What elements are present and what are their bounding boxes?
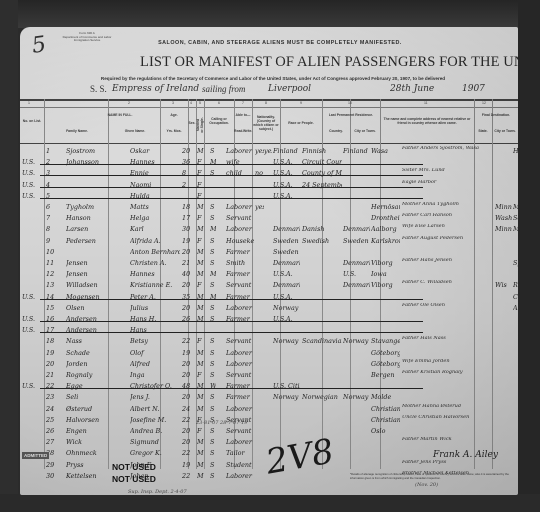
list-number: 3: [46, 169, 62, 177]
marital-status: S: [210, 259, 216, 267]
marital-status: S: [210, 315, 216, 323]
marital-status: S: [210, 147, 216, 155]
age: 40: [182, 270, 196, 278]
nationality: Norway: [273, 337, 300, 345]
passenger-row: U.S.3Ennie8FSchildnoU.S.A.County of Marq…: [20, 168, 518, 178]
sailing-label: sailing from: [202, 84, 245, 94]
family-name: Andersen: [66, 315, 128, 323]
not-used-label: NOT USED: [112, 474, 156, 484]
occupation: Laborer: [226, 472, 254, 480]
sex: F: [197, 237, 207, 245]
ship-prefix: S. S.: [90, 84, 107, 94]
given-name: Betsy: [130, 337, 180, 345]
family-name: Jensen: [66, 270, 128, 278]
family-name: Willadsen: [66, 281, 128, 289]
residence-country: Denmark: [343, 225, 370, 233]
nearest-relative: Father Ole Olsen: [402, 303, 494, 308]
age: 20: [182, 360, 196, 368]
residence-city: Karlskrona: [371, 237, 400, 245]
age: 24: [182, 405, 196, 413]
dest-city: Chicago: [513, 293, 518, 301]
passenger-row: 10Anton Bernhard20MSFarmerSweden: [20, 247, 518, 257]
manifest-subtitle: Required by the regulations of the Secre…: [38, 76, 508, 81]
marital-status: S: [210, 203, 216, 211]
marital-status: S: [210, 461, 216, 469]
residence-country: Finland: [343, 147, 370, 155]
header-country: Country.: [322, 129, 350, 133]
list-number: 10: [46, 248, 62, 256]
residence-country: Norway: [343, 337, 370, 345]
column-number: 5: [199, 101, 201, 105]
passenger-row: U.S.5HuldaFU.S.A.: [20, 191, 518, 201]
passenger-row: 18NassBetsy22FSServantNorwayScandinavian…: [20, 336, 518, 346]
family-name: Jensen: [66, 259, 128, 267]
header-last-residence: Last Permanent Residence.: [322, 113, 380, 117]
residence-country: U.S.: [343, 270, 370, 278]
sex: F: [197, 337, 207, 345]
marital-status: S: [210, 281, 216, 289]
residence-city: Molde: [371, 393, 400, 401]
given-name: Christen A.: [130, 259, 180, 267]
residence-city: Bergen: [371, 371, 400, 379]
age: 19: [182, 349, 196, 357]
header-age: Age.: [162, 113, 186, 117]
family-name: Mogensen: [66, 293, 128, 301]
list-number: 16: [46, 315, 62, 323]
header-family-name: Family Name.: [50, 129, 104, 133]
list-number: 22: [46, 382, 62, 390]
scan-border-right: [518, 0, 540, 512]
list-number: 24: [46, 405, 62, 413]
header-write: Write.: [243, 129, 252, 133]
occupation: Laborer: [226, 405, 254, 413]
dest-city: Seattle: [513, 214, 518, 222]
family-name: Johansson: [66, 158, 128, 166]
manifest-table: 1 2 3 4 5 6 7 8 9 10 11 12 No. on List. …: [20, 99, 518, 469]
age: 35: [182, 293, 196, 301]
us-prefix: U.S.: [22, 315, 38, 323]
list-number: 12: [46, 270, 62, 278]
column-number: 4: [190, 101, 192, 105]
given-name: Gregor K.: [130, 449, 180, 457]
sex: M: [197, 438, 207, 446]
occupation: Servant: [226, 214, 254, 222]
given-name: Hannes: [130, 270, 180, 278]
nearest-relative: Mother Anna Tygholm: [402, 202, 494, 207]
passenger-row: 9PedersenAlfrida A.19FSHousekeeperSweden…: [20, 236, 518, 246]
header-race: Race or People.: [282, 121, 320, 125]
scan-border-bottom: [0, 494, 540, 512]
given-name: Christofer O.: [130, 382, 180, 390]
sex: M: [197, 315, 207, 323]
age: 20: [182, 371, 196, 379]
nationality: U.S.A.: [273, 181, 300, 189]
occupation: Laborer: [226, 203, 254, 211]
race: Swedish: [302, 237, 342, 245]
sex: F: [197, 427, 207, 435]
list-number: 5: [46, 192, 62, 200]
occupation: Laborer: [226, 225, 254, 233]
occupation: Tailor: [226, 449, 254, 457]
occupation: Smith: [226, 259, 254, 267]
list-number: 29: [46, 461, 62, 469]
header-relative: The name and complete address of nearest…: [382, 117, 472, 125]
pencil-note: 23-81-07 28-7-07-19: [196, 420, 247, 426]
nearest-relative: Mother Hanna Østerud: [402, 404, 494, 409]
passenger-row: 20JordenAlfred20MSLaborerGöteborgWife Em…: [20, 359, 518, 369]
ship-line: S. S. Empress of Ireland sailing from Li…: [90, 84, 510, 96]
marital-status: S: [210, 337, 216, 345]
header-city-town: City or Town.: [350, 129, 380, 133]
column-number: 3: [172, 101, 174, 105]
not-used-label: NOT USED: [112, 462, 156, 472]
given-name: Peter A.: [130, 293, 180, 301]
nationality: U.S.A.: [273, 315, 300, 323]
sex: F: [197, 192, 207, 200]
sex: M: [197, 225, 207, 233]
sex: M: [197, 203, 207, 211]
marital-status: S: [210, 405, 216, 413]
us-prefix: U.S.: [22, 169, 38, 177]
header-nationality: Nationality. (Country of which citizen o…: [253, 115, 279, 131]
given-name: Julius: [130, 304, 180, 312]
race: County of Marquette Mich: [302, 169, 342, 177]
residence-city: Aalborg: [371, 225, 400, 233]
occupation: child: [226, 169, 254, 177]
can-write: yes: [264, 147, 272, 155]
passenger-row: U.S.14MogensenPeter A.35MMFarmerU.S.A.Ch…: [20, 292, 518, 302]
passenger-row: 1SjostromOskar20MSLaboreryesyesFinlandFi…: [20, 146, 518, 156]
nationality: U.S. Citizen: [273, 382, 300, 390]
list-number: 30: [46, 472, 62, 480]
age: 20: [182, 427, 196, 435]
dest-state: Minn: [495, 225, 512, 233]
sex: M: [197, 472, 207, 480]
passenger-row: U.S.17AndersenHans: [20, 325, 518, 335]
family-name: Olsen: [66, 304, 128, 312]
nationality: Norway: [273, 304, 300, 312]
marital-status: W: [210, 382, 216, 390]
residence-city: Viborg: [371, 281, 400, 289]
rule: [20, 107, 518, 108]
age: 20: [182, 147, 196, 155]
family-name: Ohnmeck: [66, 449, 128, 457]
family-name: Nass: [66, 337, 128, 345]
residence-country: Sweden: [343, 237, 370, 245]
family-name: Egge: [66, 382, 128, 390]
residence-city: Iowa: [371, 270, 400, 278]
given-name: Helga: [130, 214, 180, 222]
nationality: U.S.A.: [273, 293, 300, 301]
marital-status: S: [210, 169, 216, 177]
passenger-row: 8LarsenKarl30MMLaborerDenmarkDanishDenma…: [20, 224, 518, 234]
dest-city: Springfield: [513, 259, 518, 267]
occupation: Farmer: [226, 382, 254, 390]
occupation: wife: [226, 158, 254, 166]
occupation: Farmer: [226, 293, 254, 301]
passenger-row: U.S.22EggeChristofer O.48MWFarmerU.S. Ci…: [20, 381, 518, 391]
nearest-relative: Father C. Willadsen: [402, 280, 494, 285]
nearest-relative: Wife Else Larsen: [402, 224, 494, 229]
column-number: 1: [28, 101, 30, 105]
dest-city: Albion: [513, 304, 518, 312]
nationality: Sweden: [273, 248, 300, 256]
sex: F: [197, 169, 207, 177]
column-number: 9: [300, 101, 302, 105]
family-name: Andersen: [66, 326, 128, 334]
family-name: Tygholm: [66, 203, 128, 211]
header-sex: Sex.: [188, 121, 196, 125]
list-number: 9: [46, 237, 62, 245]
dest-state: Wis: [495, 281, 512, 289]
sex: M: [197, 304, 207, 312]
form-note: Form 630 A Department of Commerce and La…: [60, 32, 114, 43]
nearest-relative: Father Anders Sjostrom, Wasa: [402, 146, 494, 151]
passenger-row: 26EngenAndrea B.20FSServantOslo: [20, 426, 518, 436]
nearest-relative: Wife Emma Jorden: [402, 359, 494, 364]
family-name: Jorden: [66, 360, 128, 368]
dest-city: Hancock: [513, 147, 518, 155]
family-name: Seli: [66, 393, 128, 401]
age: 20: [182, 304, 196, 312]
manifest-sheet: 5 Form 630 A Department of Commerce and …: [20, 27, 518, 495]
nationality: Denmark: [273, 225, 300, 233]
marital-status: S: [210, 349, 216, 357]
list-number: 18: [46, 337, 62, 345]
race: Circuit Court Marquette: [302, 158, 342, 166]
header-dest-city: City or Town.: [492, 129, 518, 133]
passenger-row: 15OlsenJulius20MSLaborerNorwayFather Ole…: [20, 303, 518, 313]
occupation: Servant: [226, 371, 254, 379]
age: 48: [182, 382, 196, 390]
list-number: 7: [46, 214, 62, 222]
sex: M: [197, 349, 207, 357]
manifest-title: LIST OR MANIFEST OF ALIEN PASSENGERS FOR…: [140, 54, 500, 71]
pencil-note: (Nov. 20): [415, 482, 438, 488]
header-married-single: Married or Single.: [196, 117, 204, 133]
list-number: 20: [46, 360, 62, 368]
residence-country: Denmark: [343, 259, 370, 267]
occupation: Student: [226, 461, 254, 469]
passenger-row: 21RognalyInga20FSServantBergenFather Kri…: [20, 370, 518, 380]
sex: M: [197, 293, 207, 301]
given-name: Jens J.: [130, 393, 180, 401]
family-name: Rognaly: [66, 371, 128, 379]
nationality: U.S.A.: [273, 270, 300, 278]
given-name: Kristianne E.: [130, 281, 180, 289]
dest-city: Minneapolis: [513, 203, 518, 211]
us-prefix: U.S.: [22, 293, 38, 301]
nearest-relative: Uncle Christian Halvorsen: [402, 415, 494, 420]
residence-country: Norway: [343, 393, 370, 401]
nearest-relative: Father August Pedersen: [402, 236, 494, 241]
residence-country: Denmark: [343, 281, 370, 289]
passenger-row: U.S.16AndersenHans H.26MSFarmerU.S.A.: [20, 314, 518, 324]
age: 2: [182, 181, 196, 189]
passenger-row: 25HalvorsenJosefine M.22FSServantChristi…: [20, 415, 518, 425]
passenger-row: U.S.4Naomi2FU.S.A.24 September 1904Eagle…: [20, 180, 518, 190]
race: 24 September 1904: [302, 181, 342, 189]
sex: M: [197, 449, 207, 457]
can-read: no: [255, 169, 264, 177]
family-name: Pedersen: [66, 237, 128, 245]
dest-city: Racine: [513, 281, 518, 289]
sex: M: [197, 405, 207, 413]
age: 22: [182, 449, 196, 457]
passenger-row: 13WilladsenKristianne E.20FSServantDenma…: [20, 280, 518, 290]
sex: M: [197, 147, 207, 155]
page-number: 5: [30, 32, 47, 59]
us-prefix: U.S.: [22, 158, 38, 166]
list-number: 17: [46, 326, 62, 334]
list-number: 21: [46, 371, 62, 379]
given-name: Oskar: [130, 147, 180, 155]
list-number: 6: [46, 203, 62, 211]
nationality: U.S.A.: [273, 192, 300, 200]
marital-status: S: [210, 427, 216, 435]
sex: M: [197, 248, 207, 256]
age: 20: [182, 281, 196, 289]
header-no-on-list: No. on List.: [22, 119, 42, 123]
given-name: Alfrida A.: [130, 237, 180, 245]
age: 21: [182, 259, 196, 267]
passenger-row: U.S.2JohanssonHannes36FMwifeU.S.A.Circui…: [20, 157, 518, 167]
race: Norwegian: [302, 393, 342, 401]
column-number: 2: [128, 101, 130, 105]
residence-city: Christiania: [371, 405, 400, 413]
age: 30: [182, 225, 196, 233]
race: Finnish: [302, 147, 342, 155]
given-name: Hannes: [130, 158, 180, 166]
marital-status: M: [210, 270, 216, 278]
us-prefix: U.S.: [22, 192, 38, 200]
residence-city: Hernösand: [371, 203, 400, 211]
us-prefix: U.S.: [22, 181, 38, 189]
family-name: Hanson: [66, 214, 128, 222]
footer-note: *Details of alienage recognition of citi…: [350, 473, 518, 480]
nearest-relative: Father Kristian Rognaly: [402, 370, 494, 375]
list-number: 4: [46, 181, 62, 189]
marital-status: S: [210, 371, 216, 379]
occupation: Laborer: [226, 360, 254, 368]
list-number: 26: [46, 427, 62, 435]
marital-status: S: [210, 438, 216, 446]
passenger-row: 23SeliJens J.20MSFarmerNorwayNorwegianNo…: [20, 392, 518, 402]
family-name: Østerud: [66, 405, 128, 413]
age: 18: [182, 203, 196, 211]
given-name: Olof: [130, 349, 180, 357]
scan-border-top: [0, 0, 540, 28]
occupation: Servant: [226, 281, 254, 289]
marital-status: M: [210, 158, 216, 166]
residence-city: Göteborg: [371, 349, 400, 357]
sex: M: [197, 259, 207, 267]
sex: M: [197, 360, 207, 368]
sex: M: [197, 393, 207, 401]
residence-city: Göteborg: [371, 360, 400, 368]
marital-status: S: [210, 472, 216, 480]
given-name: Sigmund: [130, 438, 180, 446]
column-number: 8: [265, 101, 267, 105]
list-number: 15: [46, 304, 62, 312]
departure-port: Liverpool: [268, 84, 311, 94]
nationality: U.S.A.: [273, 169, 300, 177]
marital-status: S: [210, 393, 216, 401]
list-number: 2: [46, 158, 62, 166]
age: 19: [182, 237, 196, 245]
age: 26: [182, 315, 196, 323]
given-name: Inga: [130, 371, 180, 379]
age: 20: [182, 438, 196, 446]
residence-city: Viborg: [371, 259, 400, 267]
sex: F: [197, 181, 207, 189]
occupation: Housekeeper: [226, 237, 254, 245]
occupation: Farmer: [226, 393, 254, 401]
sex: M: [197, 270, 207, 278]
age: 20: [182, 393, 196, 401]
family-name: Larsen: [66, 225, 128, 233]
passenger-row: 24ØsterudAlbert N.24MSLaborerChristiania…: [20, 404, 518, 414]
nationality: Finland: [273, 147, 300, 155]
occupation: Laborer: [226, 349, 254, 357]
sex: M: [197, 382, 207, 390]
list-number: 8: [46, 225, 62, 233]
family-name: Wick: [66, 438, 128, 446]
banner-text: SALOON, CABIN, AND STEERAGE ALIENS MUST …: [130, 40, 430, 46]
nearest-relative: Father Hans Jensen: [402, 258, 494, 263]
can-read: yes: [255, 147, 264, 155]
residence-city: Oslo: [371, 427, 400, 435]
nationality: Denmark: [273, 281, 300, 289]
passenger-row: 11JensenChristen A.21MSSmithDenmarkDenma…: [20, 258, 518, 268]
given-name: Hulda: [130, 192, 180, 200]
residence-city: Stavanger: [371, 337, 400, 345]
given-name: Ennie: [130, 169, 180, 177]
sex: F: [197, 158, 207, 166]
admitted-stamp: ADMITTED: [22, 452, 49, 459]
given-name: Andrea B.: [130, 427, 180, 435]
inspector-signature: Frank A. Ailey: [433, 450, 498, 460]
list-number: 23: [46, 393, 62, 401]
list-number: 19: [46, 349, 62, 357]
nationality: Denmark: [273, 259, 300, 267]
sex: F: [197, 281, 207, 289]
nearest-relative: Father Carl Hanson: [402, 213, 494, 218]
given-name: Albert N.: [130, 405, 180, 413]
family-name: Halvorsen: [66, 416, 128, 424]
marital-status: S: [210, 248, 216, 256]
sex: F: [197, 371, 207, 379]
list-number: 27: [46, 438, 62, 446]
sex: F: [197, 214, 207, 222]
age: 17: [182, 214, 196, 222]
nearest-relative: Father Hals Nass: [402, 336, 494, 341]
ship-name: Empress of Ireland: [112, 84, 199, 94]
nationality: Sweden: [273, 237, 300, 245]
header-yrs-mos: Yrs. Mos.: [162, 129, 186, 133]
age: 22: [182, 337, 196, 345]
column-number: 6: [218, 101, 220, 105]
sex: M: [197, 461, 207, 469]
given-name: Karl: [130, 225, 180, 233]
list-number: 11: [46, 259, 62, 267]
header-name-in-full: NAME IN FULL.: [80, 113, 160, 117]
residence-city: Drontheim: [371, 214, 400, 222]
age: 19: [182, 461, 196, 469]
departure-year: 1907: [462, 84, 485, 94]
can-read: yes: [255, 203, 264, 211]
occupation: Servant: [226, 337, 254, 345]
